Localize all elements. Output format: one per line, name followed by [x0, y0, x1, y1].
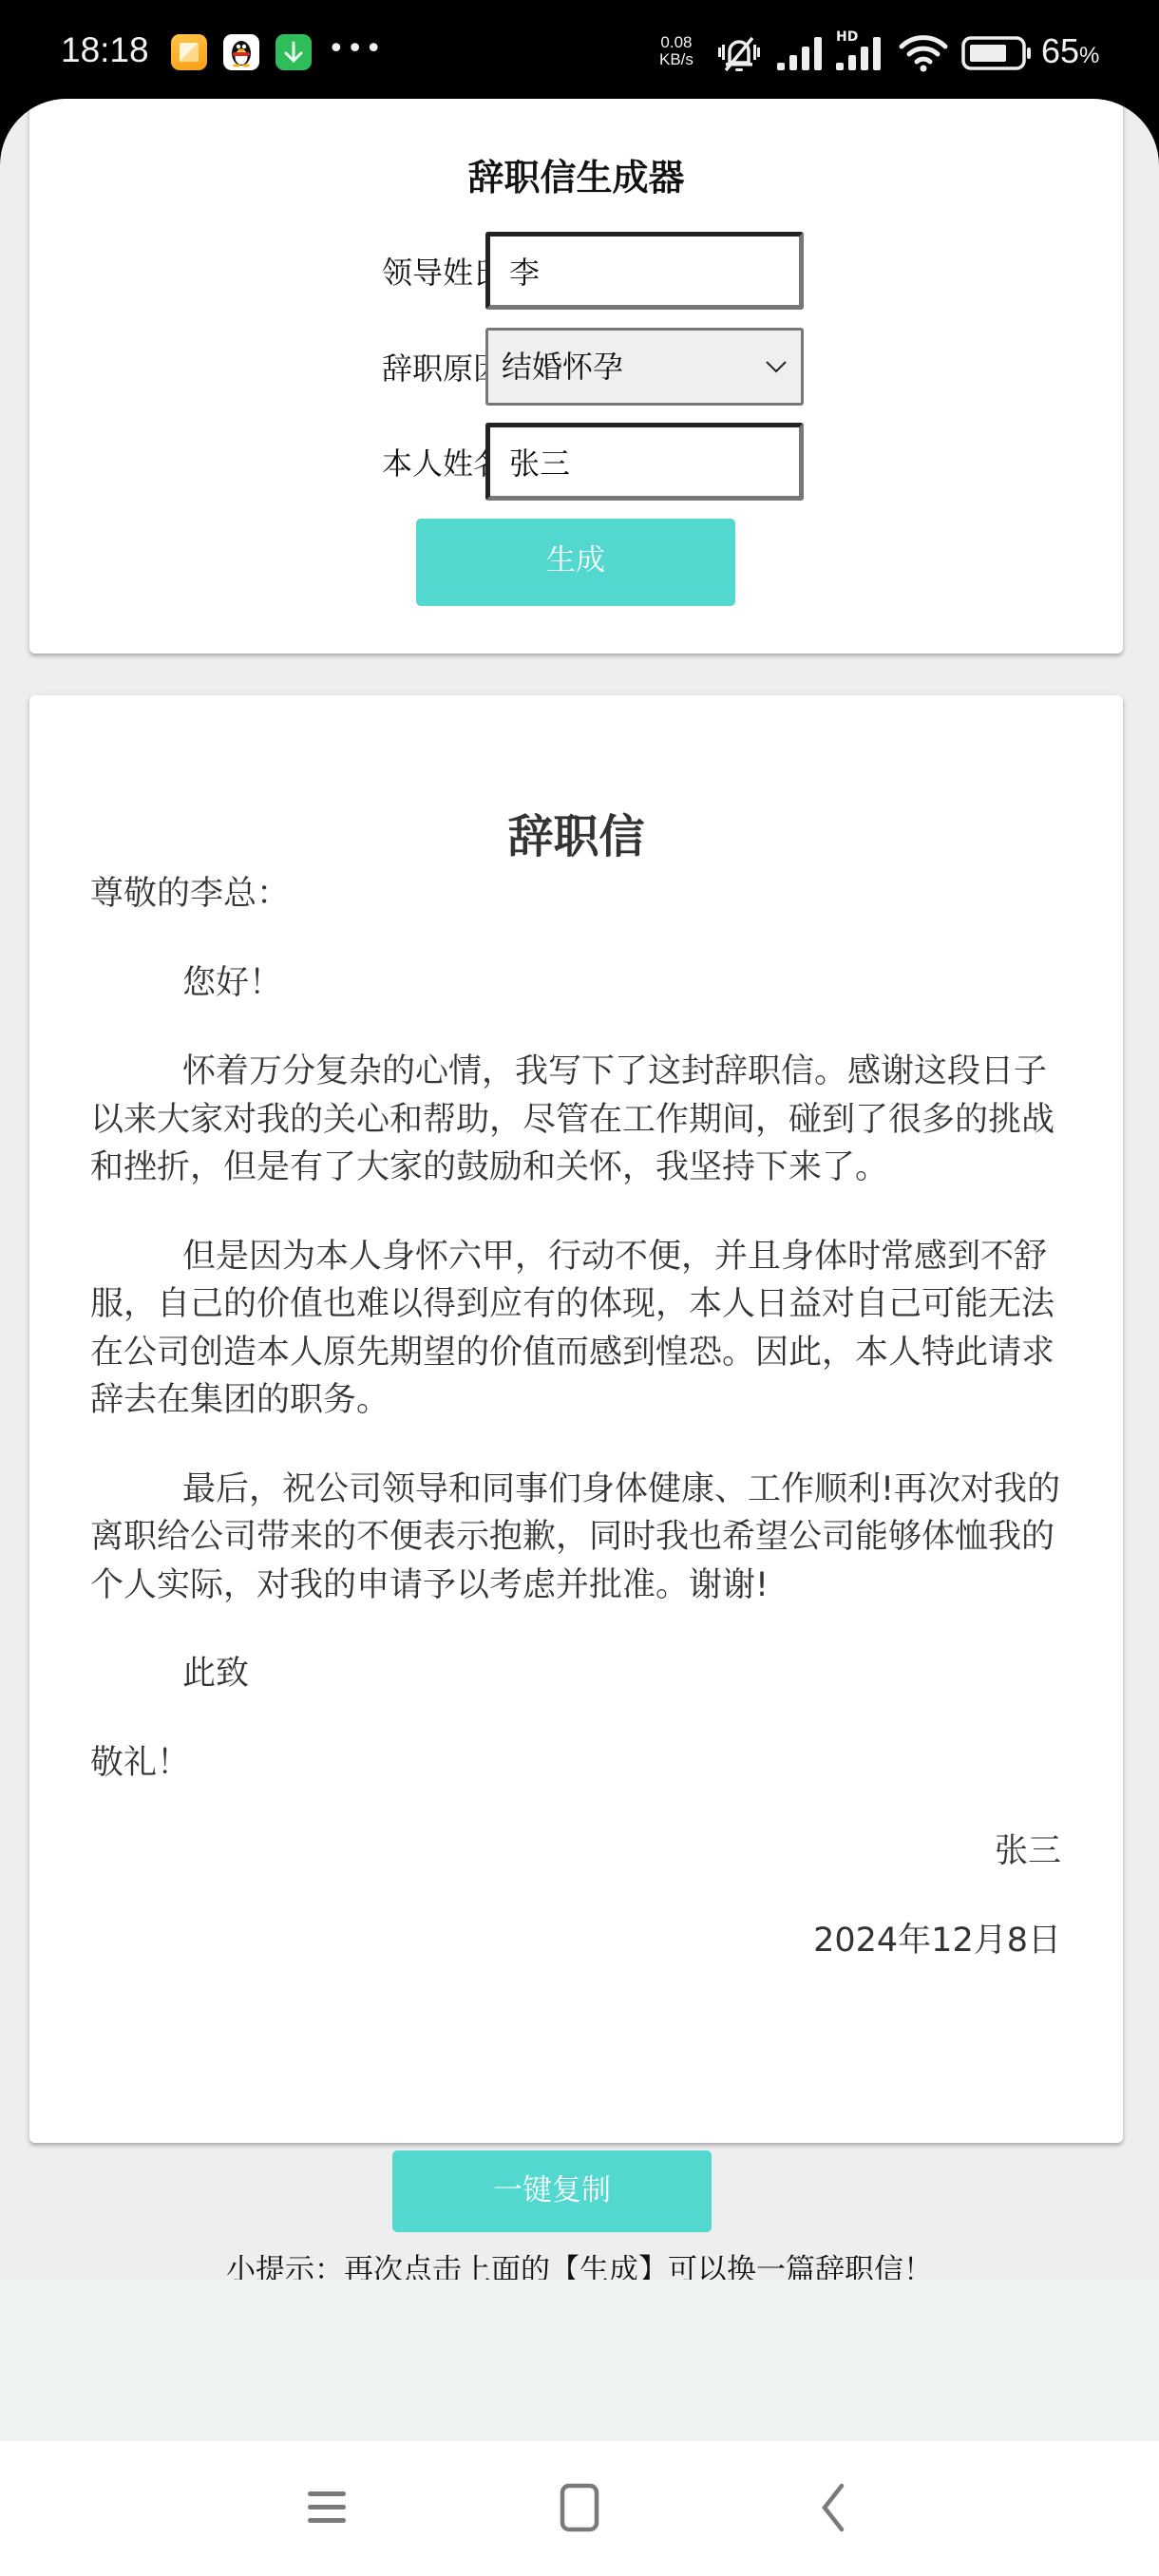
app-page: 辞职信生成器 领导姓氏 辞职原因 结婚怀孕 本人姓名 生成 辞职信 尊敬的李总：…	[0, 99, 1159, 2441]
letter-paragraph: 但是因为本人身怀六甲，行动不便，并且身体时常感到不舒服，自己的价值也难以得到应有…	[90, 1233, 1061, 1425]
navigation-bar	[0, 2441, 1159, 2576]
notes-app-icon	[171, 34, 207, 70]
menu-button[interactable]	[289, 2470, 365, 2546]
menu-icon	[306, 2487, 348, 2529]
wifi-icon	[899, 34, 948, 76]
letter-closing-1: 此致	[90, 1650, 1061, 1698]
reason-selected-value: 结婚怀孕	[502, 349, 623, 385]
battery-percent: 65%	[1041, 31, 1099, 71]
leader-surname-input[interactable]	[485, 232, 804, 310]
chevron-down-icon	[765, 355, 788, 378]
status-bar: 18:18 ••• 0.08 KB/s	[0, 0, 1159, 99]
reason-select[interactable]: 结婚怀孕	[485, 328, 804, 406]
leader-surname-row: 领导姓氏	[29, 232, 1123, 310]
generator-title: 辞职信生成器	[29, 148, 1123, 200]
signal-icon	[777, 34, 826, 76]
letter-paragraph: 怀着万分复杂的心情，我写下了这封辞职信。感谢这段日子以来大家对我的关心和帮助，尽…	[90, 1048, 1061, 1192]
own-name-row: 本人姓名	[29, 423, 1123, 501]
letter-date: 2024年12月8日	[90, 1917, 1061, 1965]
home-button[interactable]	[541, 2470, 617, 2546]
letter-card: 辞职信 尊敬的李总： 您好！ 怀着万分复杂的心情，我写下了这封辞职信。感谢这段日…	[29, 695, 1123, 2143]
hd-signal-icon: HD	[836, 28, 887, 76]
mute-icon	[714, 34, 764, 78]
bottom-area	[0, 2280, 1159, 2441]
home-icon	[559, 2483, 600, 2532]
svg-text:HD: HD	[836, 29, 858, 45]
copy-button[interactable]: 一键复制	[392, 2150, 712, 2232]
own-name-input[interactable]	[485, 423, 804, 501]
letter-title: 辞职信	[29, 800, 1123, 865]
network-speed: 0.08 KB/s	[659, 34, 693, 68]
status-time: 18:18	[61, 30, 149, 70]
letter-signature: 张三	[90, 1828, 1061, 1876]
letter-paragraph: 最后，祝公司领导和同事们身体健康、工作顺利!再次对我的离职给公司带来的不便表示抱…	[90, 1466, 1061, 1610]
letter-salutation: 尊敬的李总：	[90, 870, 1061, 919]
letter-body: 尊敬的李总： 您好！ 怀着万分复杂的心情，我写下了这封辞职信。感谢这段日子以来大…	[90, 870, 1061, 2005]
reason-row: 辞职原因 结婚怀孕	[29, 328, 1123, 406]
letter-closing-2: 敬礼！	[90, 1739, 1061, 1788]
back-button[interactable]	[794, 2470, 870, 2546]
generator-card: 辞职信生成器 领导姓氏 辞职原因 结婚怀孕 本人姓名 生成	[29, 99, 1123, 653]
generate-button[interactable]: 生成	[416, 519, 735, 606]
battery-icon	[961, 34, 1034, 76]
download-icon	[275, 34, 312, 70]
qq-icon	[223, 34, 259, 70]
letter-greeting: 您好！	[90, 959, 1061, 1008]
back-icon	[813, 2483, 851, 2532]
more-notifications-icon: •••	[328, 32, 384, 66]
